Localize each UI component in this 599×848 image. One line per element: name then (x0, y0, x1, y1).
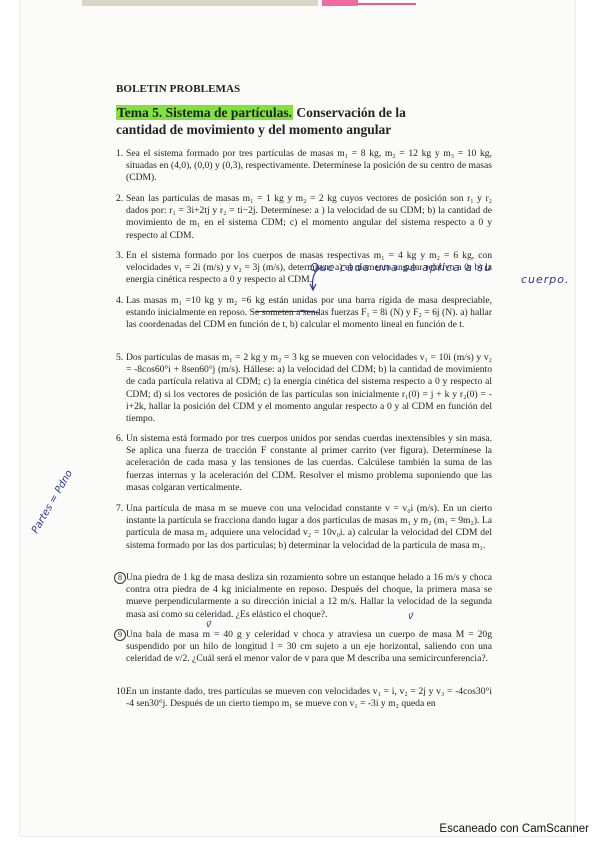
problem-text: Sean las partículas de masas m₁ = 1 kg y… (126, 193, 492, 242)
problem-number: 1. (116, 148, 126, 160)
problem-5: 5. Dos partículas de masas m₁ = 2 kg y m… (116, 352, 492, 425)
problem-number: 2. (116, 193, 126, 205)
circled-number: 9 (114, 629, 126, 641)
top-edge-tab (322, 0, 358, 6)
problem-text: Un sistema está formado por tres cuerpos… (126, 433, 492, 494)
problem-text: Dos partículas de masas m₁ = 2 kg y m₂ =… (126, 352, 492, 425)
problem-9: 9 Una bala de masa m = 40 g y celeridad … (116, 629, 492, 666)
problem-6: 6. Un sistema está formado por tres cuer… (116, 433, 492, 494)
problem-number: 7. (116, 503, 126, 515)
problem-text: Las masas m₁ =10 kg y m₂ =6 kg están uni… (126, 295, 492, 332)
problem-10: 10. En un instante dado, tres partículas… (116, 686, 492, 710)
problem-text: Una bala de masa m = 40 g y celeridad v … (126, 629, 492, 666)
problem-4: 4. Las masas m₁ =10 kg y m₂ =6 kg están … (116, 295, 492, 332)
problem-number: 10. (116, 686, 126, 698)
handwritten-note-continued: cuerpo. (521, 273, 570, 286)
problem-number: 4. (116, 295, 126, 307)
handwritten-vector-mark: v⃗ (408, 612, 413, 622)
top-edge-strip (82, 0, 318, 6)
highlighted-title: Tema 5. Sistema de partículas. (116, 105, 293, 120)
problem-number: 6. (116, 433, 126, 445)
circled-number: 8 (114, 572, 126, 584)
camscanner-watermark: Escaneado con CamScanner (439, 823, 589, 835)
document-header: BOLETIN PROBLEMAS (116, 83, 240, 95)
top-edge-line (358, 3, 416, 5)
problem-2: 2. Sean las partículas de masas m₁ = 1 k… (116, 193, 492, 242)
problem-text: En un instante dado, tres partículas se … (126, 686, 492, 710)
document-title: Tema 5. Sistema de partículas. Conservac… (116, 104, 456, 138)
handwritten-note: Que cada una se aplica a su (310, 261, 492, 274)
handwritten-arrow-icon (305, 265, 327, 293)
problem-7: 7. Una partícula de masa m se mueve con … (116, 503, 492, 552)
problem-number: 3. (116, 250, 126, 262)
problem-text: Una piedra de 1 kg de masa desliza sin r… (126, 572, 492, 621)
problem-number: 5. (116, 352, 126, 364)
problem-8: 8 Una piedra de 1 kg de masa desliza sin… (116, 572, 492, 621)
handwritten-vector-mark: v⃗ (206, 620, 211, 630)
problem-text: Sea el sistema formado por tres partícul… (126, 148, 492, 185)
problem-text: Una partícula de masa m se mueve con una… (126, 503, 492, 552)
problem-1: 1. Sea el sistema formado por tres partí… (116, 148, 492, 185)
